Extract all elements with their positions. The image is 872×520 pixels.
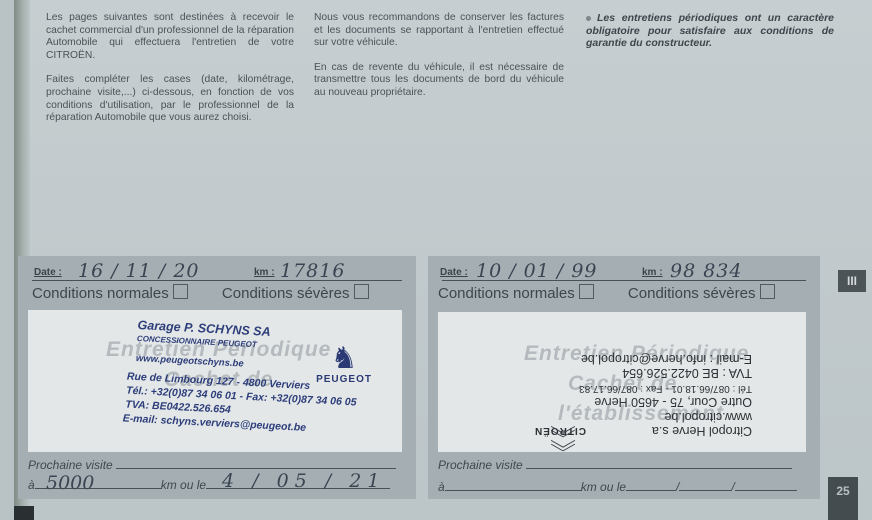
page-number: 25 [828,477,858,520]
stamp-line: E-mail : info.herve@citropol.be [579,352,752,366]
maintenance-entry-1: Date : 16 / 11 / 20 km : 17816 Condition… [18,256,416,499]
intro-paragraph: Nous vous recommandons de conserver les … [314,12,564,50]
date-separator: / [731,480,734,494]
intro-column-1: Les pages suivantes sont destinées à rec… [46,12,294,137]
intro-paragraph: Les pages suivantes sont destinées à rec… [46,12,294,62]
next-visit-km-date-row: àkm ou le// [438,480,797,494]
intro-column-2: Nous vous recommandons de conserver les … [314,12,564,112]
bullet-icon [586,16,591,21]
km-label: km : [642,267,663,278]
conditions-row: Conditions normales Conditions sévères [438,284,775,302]
section-tab: III [838,270,866,292]
citroen-chevrons-icon: ︽︽ [550,430,576,458]
peugeot-lion-icon: ♞ [316,344,372,374]
next-visit-row: Prochaine visite [438,458,792,472]
peugeot-logo: ♞ PEUGEOT [316,344,372,385]
conditions-normales-label: Conditions normales [438,285,575,302]
conditions-severes-label: Conditions sévères [222,285,350,302]
stamp-line: TVA : BE 0422.526.654 [579,366,752,380]
warranty-note: Les entretiens périodiques ont un caract… [586,12,834,50]
km-value[interactable]: 17816 [280,260,345,282]
conditions-row: Conditions normales Conditions sévères [32,284,369,302]
km-value[interactable]: 98 834 [670,260,742,282]
a-label: à [438,480,445,494]
date-value[interactable]: 10 / 01 / 99 [476,260,598,282]
stamp-line: Tél : 087/66.18.01 - Fax : 087/66.17.83 [579,380,752,394]
dealer-stamp-area: Entretien Périodique Cachet de l'établis… [438,312,806,452]
next-visit-line [116,468,396,469]
manual-page: Les pages suivantes sont destinées à rec… [14,0,872,520]
a-label: à [28,478,35,492]
date-km-row: Date : 16 / 11 / 20 km : 17816 [32,260,402,281]
km-ou-le-label: km ou le [581,480,626,494]
next-visit-line [526,468,792,469]
brand-name: PEUGEOT [316,374,372,385]
stamp-line: Citropol Herve s.a [579,424,752,438]
date-label: Date : [34,267,62,278]
date-label: Date : [440,267,468,278]
date-value[interactable]: 16 / 11 / 20 [78,260,200,282]
conditions-normales-checkbox[interactable] [579,284,594,299]
dealer-stamp-upside-down: Citropol Herve s.a www.citropol.be Outre… [438,312,806,452]
dealer-stamp-area: Entretien Périodique Cachet de Garage P.… [28,310,402,452]
next-visit-label: Prochaine visite [438,458,523,472]
date-separator: / [676,480,679,494]
conditions-severes-checkbox[interactable] [760,284,775,299]
dealer-stamp: Citropol Herve s.a www.citropol.be Outre… [579,352,752,438]
maintenance-entry-2: Date : 10 / 01 / 99 km : 98 834 Conditio… [428,256,820,499]
date-km-row: Date : 10 / 01 / 99 km : 98 834 [442,260,806,281]
stamp-line: www.citropol.be [579,409,752,423]
binding-shadow [14,506,34,520]
stamp-line: Outre Cour, 75 - 4650 Herve [579,395,752,409]
conditions-severes-checkbox[interactable] [354,284,369,299]
intro-paragraph: En cas de revente du véhicule, il est né… [314,62,564,100]
warranty-note-text: Les entretiens périodiques ont un caract… [586,12,834,49]
conditions-normales-label: Conditions normales [32,285,169,302]
km-label: km : [254,267,275,278]
next-visit-label: Prochaine visite [28,458,113,472]
conditions-severes-label: Conditions sévères [628,285,756,302]
intro-paragraph: Faites compléter les cases (date, kilomé… [46,74,294,124]
next-visit-date-value[interactable]: 4 / 05 / 21 [222,470,385,492]
km-ou-le-label: km ou le [161,478,206,492]
conditions-normales-checkbox[interactable] [173,284,188,299]
next-visit-km-value[interactable]: 5000 [46,472,94,494]
